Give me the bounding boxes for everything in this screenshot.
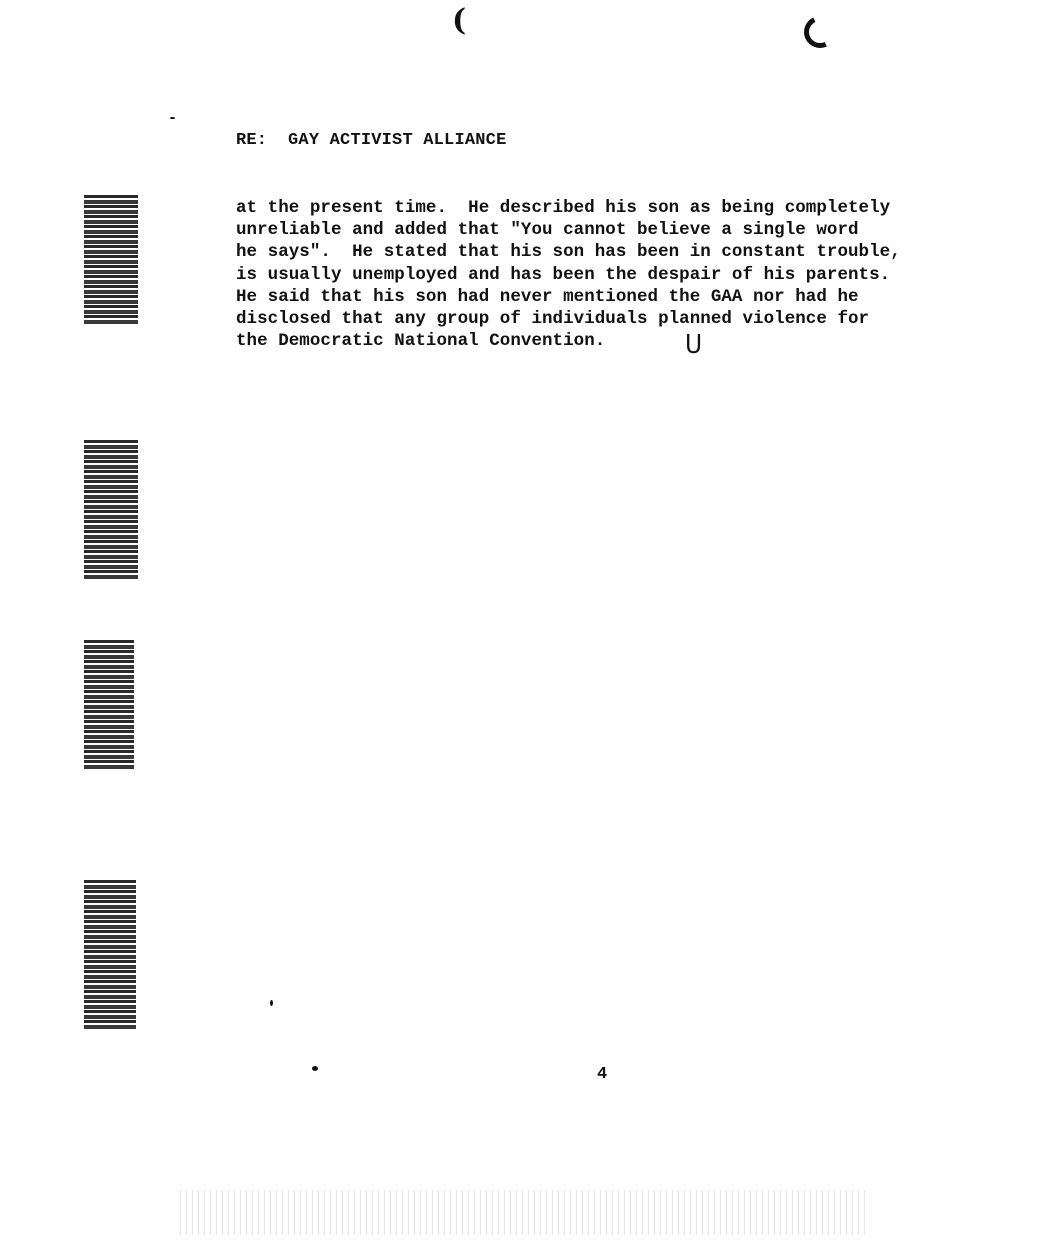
handwritten-initial: U bbox=[685, 330, 702, 360]
punch-hole-artifact bbox=[799, 11, 840, 52]
subject-title: GAY ACTIVIST ALLIANCE bbox=[288, 131, 506, 150]
scan-edge-artifact bbox=[84, 440, 138, 580]
scan-speck bbox=[170, 117, 175, 119]
scan-noise-artifact bbox=[180, 1190, 870, 1235]
body-line: he says". He stated that his son has bee… bbox=[236, 241, 901, 263]
scan-speck bbox=[312, 1066, 318, 1071]
body-line: unreliable and added that "You cannot be… bbox=[236, 219, 901, 241]
body-paragraph: at the present time. He described his so… bbox=[236, 197, 901, 352]
scan-edge-artifact bbox=[84, 640, 134, 770]
scan-edge-artifact bbox=[84, 880, 136, 1030]
body-line: He said that his son had never mentioned… bbox=[236, 286, 901, 308]
scan-speck bbox=[270, 1000, 273, 1006]
scan-edge-artifact bbox=[84, 195, 138, 325]
body-line: the Democratic National Convention. bbox=[236, 330, 901, 352]
body-line: is usually unemployed and has been the d… bbox=[236, 264, 901, 286]
document-page: ( RE: GAY ACTIVIST ALLIANCE at the prese… bbox=[0, 0, 1039, 1249]
subject-label: RE: bbox=[236, 131, 267, 150]
subject-line: RE: GAY ACTIVIST ALLIANCE bbox=[236, 131, 506, 150]
body-line: at the present time. He described his so… bbox=[236, 197, 901, 219]
page-number: 4 bbox=[597, 1065, 607, 1084]
body-line: disclosed that any group of individuals … bbox=[236, 308, 901, 330]
scan-artifact-mark: ( bbox=[452, 3, 466, 38]
